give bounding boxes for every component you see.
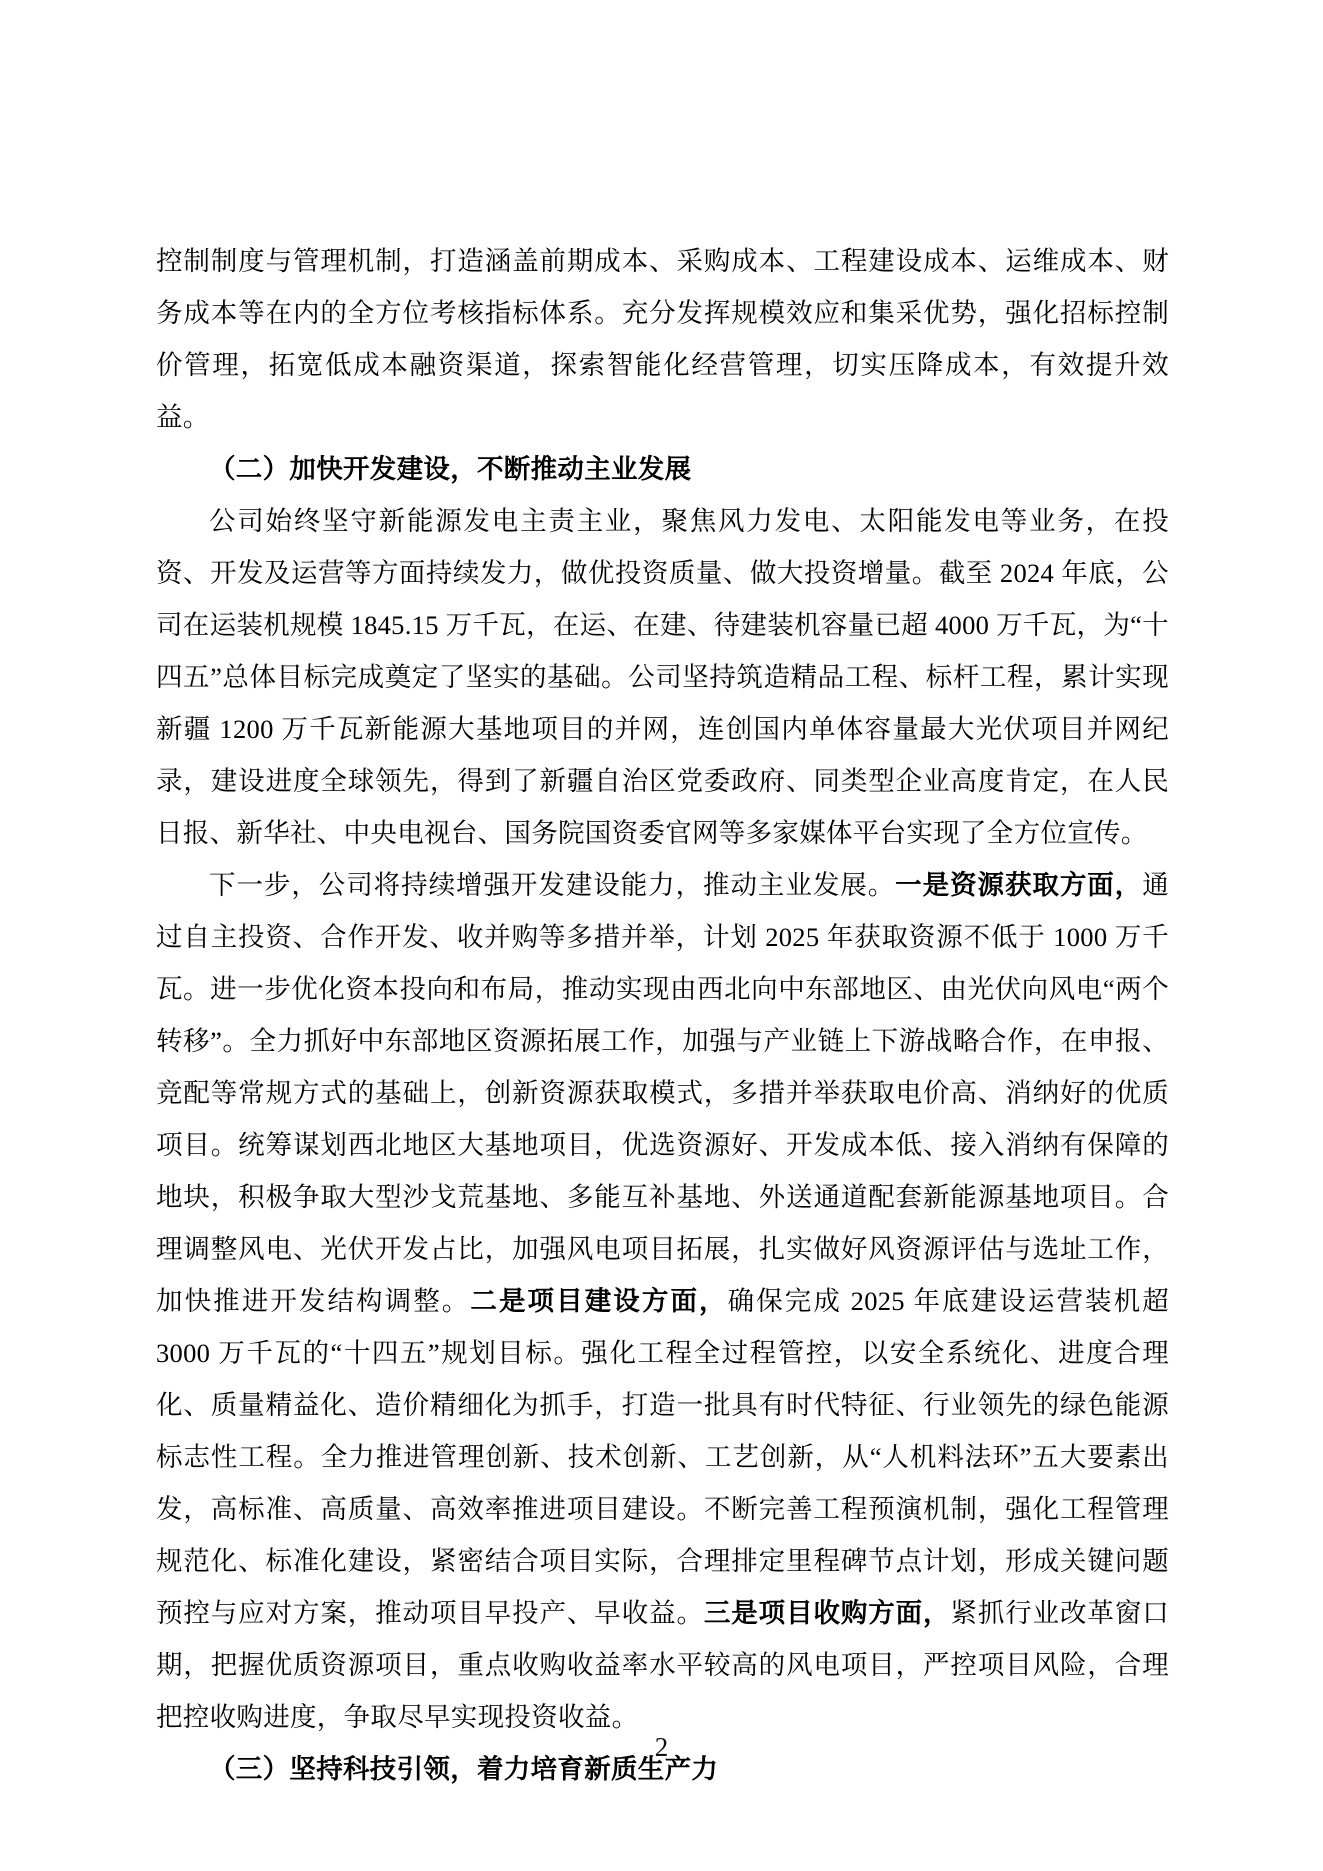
- text-run-project-construction-body: 确保完成 2025 年底建设运营装机超 3000 万千瓦的“十四五”规划目标。强…: [156, 1286, 1169, 1628]
- document-page: 控制制度与管理机制，打造涵盖前期成本、采购成本、工程建设成本、运维成本、财务成本…: [0, 0, 1323, 1871]
- text-run-resource-acquisition-label: 一是资源获取方面，: [895, 870, 1142, 900]
- paragraph-cost-control: 控制制度与管理机制，打造涵盖前期成本、采购成本、工程建设成本、运维成本、财务成本…: [156, 235, 1169, 443]
- page-number: 2: [655, 1732, 669, 1762]
- text-run-project-acquisition-label: 三是项目收购方面，: [704, 1598, 951, 1628]
- text-run-resource-acquisition-body: 通过自主投资、合作开发、收并购等多措并举，计划 2025 年获取资源不低于 10…: [156, 870, 1169, 1316]
- paragraph-main-business: 公司始终坚守新能源发电主责主业，聚焦风力发电、太阳能发电等业务，在投资、开发及运…: [156, 495, 1169, 859]
- paragraph-next-steps: 下一步，公司将持续增强开发建设能力，推动主业发展。一是资源获取方面，通过自主投资…: [156, 859, 1169, 1743]
- document-body: 控制制度与管理机制，打造涵盖前期成本、采购成本、工程建设成本、运维成本、财务成本…: [156, 235, 1169, 1795]
- section-heading-2: （二）加快开发建设，不断推动主业发展: [156, 443, 1169, 495]
- page-footer: 2: [0, 1732, 1323, 1762]
- text-run-intro: 下一步，公司将持续增强开发建设能力，推动主业发展。: [209, 870, 895, 900]
- text-run-project-construction-label: 二是项目建设方面，: [470, 1286, 727, 1316]
